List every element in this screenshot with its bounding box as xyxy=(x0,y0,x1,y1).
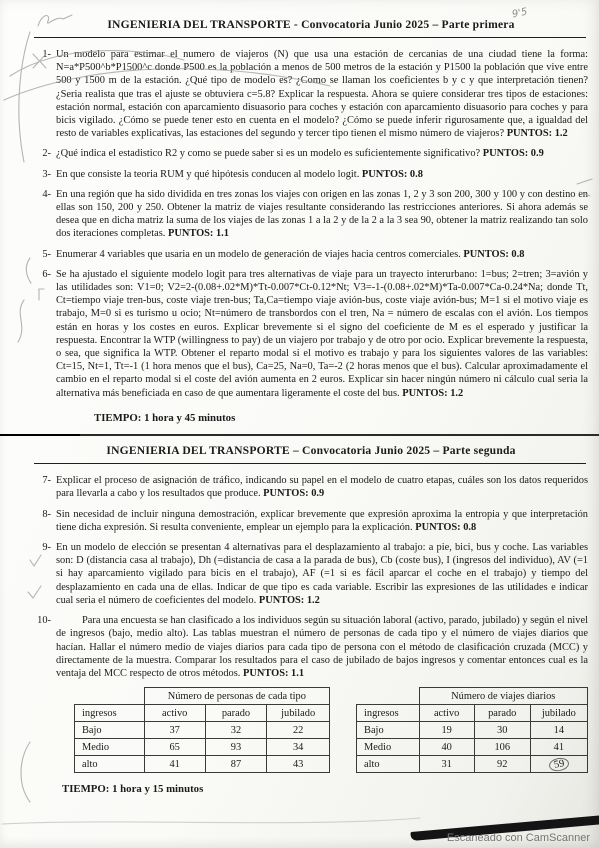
paper-edge-curl xyxy=(2,818,420,824)
col-header-parado: parado xyxy=(205,705,267,722)
question-2-points: PUNTOS: 0.9 xyxy=(483,148,544,159)
pencil-circle-annotation: 59 xyxy=(548,756,570,772)
cell-value: 93 xyxy=(205,739,267,756)
question-5-body: Enumerar 4 variables que usaria en un mo… xyxy=(56,249,461,260)
question-4-number: 4- xyxy=(34,188,51,241)
margin-bracket-q5 xyxy=(26,258,31,283)
header-rule xyxy=(34,37,586,38)
question-10-text: Para una encuesta se han clasificado a l… xyxy=(56,614,588,680)
question-3-points: PUNTOS: 0.8 xyxy=(362,169,423,180)
question-1-text: Un modelo para estimar el numero de viaj… xyxy=(56,48,588,140)
question-1-body: Un modelo para estimar el numero de viaj… xyxy=(56,49,588,139)
question-7-text: Explicar el proceso de asignación de trá… xyxy=(56,474,588,500)
cell-value: 43 xyxy=(267,756,330,773)
data-tables: Número de personas de cada tipo ingresos… xyxy=(74,687,588,773)
trips-table-title: Número de viajes diarios xyxy=(419,688,588,705)
cell-value: 106 xyxy=(474,739,530,756)
header-rule-2 xyxy=(34,463,586,464)
part-separator-line xyxy=(0,434,599,436)
table-row: Bajo 37 32 22 xyxy=(75,722,330,739)
scanned-exam-page: INGENIERIA DEL TRANSPORTE - Convocatoria… xyxy=(0,0,599,848)
circled-cell-value: 59 xyxy=(530,756,587,773)
margin-squiggle-q6 xyxy=(18,300,24,342)
persons-table-title-row: Número de personas de cada tipo xyxy=(75,688,330,705)
question-2-text: ¿Qué indica el estadistico R2 y como se … xyxy=(56,147,588,160)
col-header-jubilado: jubilado xyxy=(267,705,330,722)
cell-value: 65 xyxy=(144,739,205,756)
cell-value: 40 xyxy=(419,739,474,756)
cell-value: 41 xyxy=(144,756,205,773)
camscanner-watermark: Escaneado con CamScanner xyxy=(447,832,590,844)
question-6-number: 6- xyxy=(34,268,51,400)
cell-value: 30 xyxy=(474,722,530,739)
trips-table: Número de viajes diarios ingresos activo… xyxy=(356,687,588,773)
question-5-text: Enumerar 4 variables que usaria en un mo… xyxy=(56,248,588,261)
question-6-text: Se ha ajustado el siguiente modelo logit… xyxy=(56,268,588,400)
row-label-alto: alto xyxy=(75,756,145,773)
question-7-number: 7- xyxy=(34,474,51,500)
table-row: alto 31 92 59 xyxy=(357,756,588,773)
row-label-medio: Medio xyxy=(357,739,419,756)
question-4-body: En una región que ha sido dividida en tr… xyxy=(56,189,588,240)
part1-header: INGENIERIA DEL TRANSPORTE - Convocatoria… xyxy=(34,18,588,31)
question-1: 1- Un modelo para estimar el numero de v… xyxy=(34,48,588,140)
cell-value: 34 xyxy=(267,739,330,756)
question-4-text: En una región que ha sido dividida en tr… xyxy=(56,188,588,241)
col-header-activo: activo xyxy=(144,705,205,722)
cell-value: 19 xyxy=(419,722,474,739)
question-10-body: Para una encuesta se han clasificado a l… xyxy=(56,615,588,679)
col-header-jubilado: jubilado xyxy=(530,705,587,722)
persons-table: Número de personas de cada tipo ingresos… xyxy=(74,687,330,773)
question-8-points: PUNTOS: 0.8 xyxy=(415,522,476,533)
question-7-points: PUNTOS: 0.9 xyxy=(263,488,324,499)
question-9: 9- En un modelo de elección se presentan… xyxy=(34,541,588,607)
question-9-body: En un modelo de elección se presentan 4 … xyxy=(56,542,588,606)
question-5-points: PUNTOS: 0.8 xyxy=(463,249,524,260)
col-header-ingresos: ingresos xyxy=(357,705,419,722)
col-header-ingresos: ingresos xyxy=(75,705,145,722)
table-row: Medio 65 93 34 xyxy=(75,739,330,756)
cell-value: 32 xyxy=(205,722,267,739)
cell-value: 22 xyxy=(267,722,330,739)
table-row: Medio 40 106 41 xyxy=(357,739,588,756)
table-row: Bajo 19 30 14 xyxy=(357,722,588,739)
question-9-text: En un modelo de elección se presentan 4 … xyxy=(56,541,588,607)
question-3-text: En que consiste la teoria RUM y qué hipó… xyxy=(56,168,588,181)
question-1-number: 1- xyxy=(34,48,51,140)
cell-value: 37 xyxy=(144,722,205,739)
cell-value: 14 xyxy=(530,722,587,739)
cell-value: 31 xyxy=(419,756,474,773)
row-label-medio: Medio xyxy=(75,739,145,756)
question-8: 8- Sin necesidad de incluir ninguna demo… xyxy=(34,508,588,534)
question-5-number: 5- xyxy=(34,248,51,261)
question-1-points: PUNTOS: 1.2 xyxy=(507,128,568,139)
cell-value: 41 xyxy=(530,739,587,756)
question-6-points: PUNTOS: 1.2 xyxy=(402,388,463,399)
col-header-activo: activo xyxy=(419,705,474,722)
part1-time-limit: TIEMPO: 1 hora y 45 minutos xyxy=(94,412,588,424)
question-2: 2- ¿Qué indica el estadistico R2 y como … xyxy=(34,147,588,160)
persons-table-title: Número de personas de cada tipo xyxy=(144,688,329,705)
row-label-bajo: Bajo xyxy=(357,722,419,739)
part2-header: INGENIERIA DEL TRANSPORTE – Convocatoria… xyxy=(34,444,588,457)
question-4-points: PUNTOS: 1.1 xyxy=(168,228,229,239)
persons-title-spacer xyxy=(75,688,145,705)
question-8-number: 8- xyxy=(34,508,51,534)
question-9-points: PUNTOS: 1.2 xyxy=(259,595,320,606)
cell-value: 92 xyxy=(474,756,530,773)
row-label-bajo: Bajo xyxy=(75,722,145,739)
question-6: 6- Se ha ajustado el siguiente modelo lo… xyxy=(34,268,588,400)
question-9-number: 9- xyxy=(34,541,51,607)
question-5: 5- Enumerar 4 variables que usaria en un… xyxy=(34,248,588,261)
question-8-body: Sin necesidad de incluir ninguna demostr… xyxy=(56,509,588,533)
table-row: alto 41 87 43 xyxy=(75,756,330,773)
question-4: 4- En una región que ha sido dividida en… xyxy=(34,188,588,241)
question-3-number: 3- xyxy=(34,168,51,181)
trips-table-title-row: Número de viajes diarios xyxy=(357,688,588,705)
question-3: 3- En que consiste la teoria RUM y qué h… xyxy=(34,168,588,181)
question-7: 7- Explicar el proceso de asignación de … xyxy=(34,474,588,500)
cell-value: 87 xyxy=(205,756,267,773)
part2-time-limit: TIEMPO: 1 hora y 15 minutos xyxy=(62,783,588,795)
question-6-body: Se ha ajustado el siguiente modelo logit… xyxy=(56,269,588,399)
persons-table-header-row: ingresos activo parado jubilado xyxy=(75,705,330,722)
question-10-points: PUNTOS: 1.1 xyxy=(243,668,304,679)
pencil-curve-left xyxy=(19,32,30,162)
question-2-body: ¿Qué indica el estadistico R2 y como se … xyxy=(56,148,480,159)
trips-title-spacer xyxy=(357,688,419,705)
col-header-parado: parado xyxy=(474,705,530,722)
row-label-alto: alto xyxy=(357,756,419,773)
question-2-number: 2- xyxy=(34,147,51,160)
question-8-text: Sin necesidad de incluir ninguna demostr… xyxy=(56,508,588,534)
exam-content: INGENIERIA DEL TRANSPORTE - Convocatoria… xyxy=(34,14,588,795)
trips-table-header-row: ingresos activo parado jubilado xyxy=(357,705,588,722)
question-10: 10- Para una encuesta se han clasificado… xyxy=(34,614,588,680)
margin-curve-tables xyxy=(21,742,30,802)
question-10-number: 10- xyxy=(34,614,51,680)
question-3-body: En que consiste la teoria RUM y qué hipó… xyxy=(56,169,359,180)
